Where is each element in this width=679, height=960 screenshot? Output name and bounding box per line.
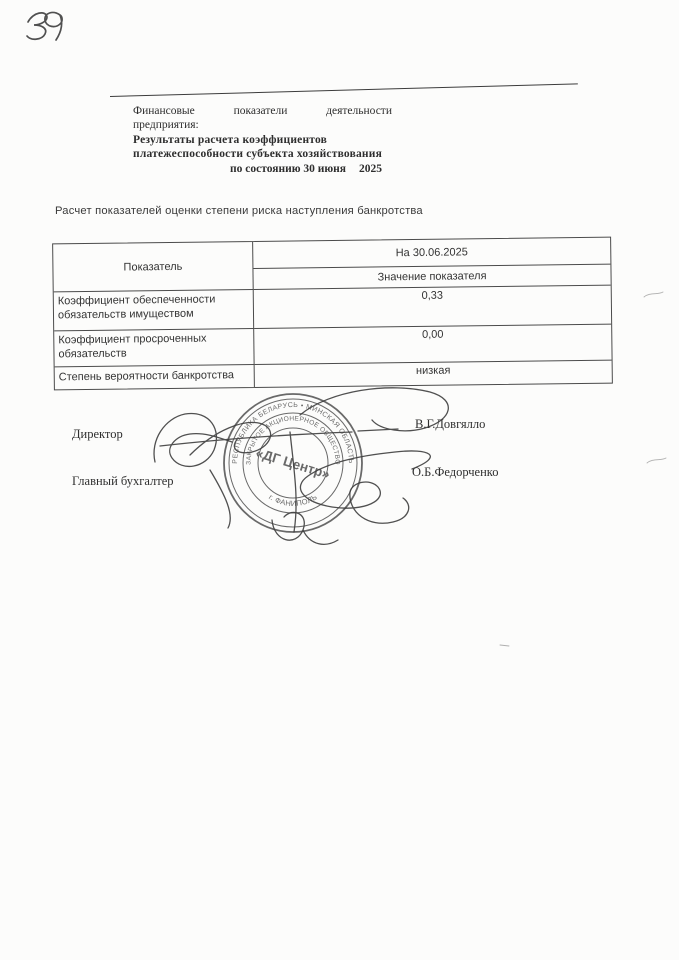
accountant-name: О.Б.Федорченко — [412, 465, 498, 480]
table-header-indicator: Показатель — [53, 242, 254, 292]
svg-text:РЕСПУБЛИКА БЕЛАРУСЬ • МИНСКАЯ: РЕСПУБЛИКА БЕЛАРУСЬ • МИНСКАЯ ОБЛАСТЬ — [232, 402, 354, 464]
header-line-4: платежеспособности субъекта хозяйствован… — [133, 147, 405, 161]
header-divider-line — [110, 83, 578, 97]
header-line-1: Финансовые показатели деятельности — [133, 104, 392, 118]
stamp-outer-ring-text: РЕСПУБЛИКА БЕЛАРУСЬ • МИНСКАЯ ОБЛАСТЬ — [232, 402, 354, 464]
header-year: 2025 — [359, 162, 382, 176]
document-header: Финансовые показатели деятельности предп… — [133, 104, 405, 176]
accountant-label: Главный бухгалтер — [72, 474, 174, 489]
header-word: показатели — [234, 104, 288, 118]
stamp-middle-circle — [243, 413, 343, 513]
bankruptcy-risk-table: Показатель На 30.06.2025 Значение показа… — [52, 237, 613, 391]
stamp-outer-circle — [224, 394, 362, 532]
table-row-value: 0,00 — [254, 325, 611, 365]
accountant-signature — [272, 432, 430, 544]
table-row-value: низкая — [255, 361, 612, 387]
handwritten-page-number — [27, 13, 62, 40]
stamp-second-circle — [229, 399, 357, 527]
header-word: деятельности — [326, 104, 392, 118]
table-row-value: 0,33 — [254, 286, 611, 329]
director-name: В.Г.Довгялло — [415, 417, 485, 432]
director-label: Директор — [72, 427, 123, 442]
table-row-label: Коэффициент обеспеченности обязательств … — [54, 290, 254, 331]
header-word: Финансовые — [133, 104, 195, 118]
stamp-center-text: «ДГ Центр» — [254, 445, 332, 482]
header-line-3: Результаты расчета коэффициентов — [133, 133, 405, 147]
svg-text:ЗАКРЫТОЕ АКЦИОНЕРНОЕ ОБЩЕСТВО: ЗАКРЫТОЕ АКЦИОНЕРНОЕ ОБЩЕСТВО — [245, 415, 340, 465]
header-line-2: предприятия: — [133, 118, 405, 132]
director-signature — [154, 388, 448, 528]
stamp-inner-circle — [258, 428, 328, 498]
table-row-label: Степень вероятности банкротства — [55, 365, 255, 389]
scanned-document-page: { "page": { "handwritten_number": "39" }… — [0, 0, 679, 960]
stamp-city-text: г. ФАНИПОЛЬ — [267, 492, 319, 508]
table-row-label: Коэффициент просроченных обязательств — [54, 329, 254, 367]
stamp-inner-ring-text: ЗАКРЫТОЕ АКЦИОНЕРНОЕ ОБЩЕСТВО — [245, 415, 340, 465]
svg-text:г. ФАНИПОЛЬ: г. ФАНИПОЛЬ — [267, 492, 319, 508]
company-stamp: РЕСПУБЛИКА БЕЛАРУСЬ • МИНСКАЯ ОБЛАСТЬ ЗА… — [218, 388, 368, 538]
section-title: Расчет показателей оценки степени риска … — [55, 205, 423, 217]
header-date-line: по состоянию 30 июня2025 — [133, 162, 405, 176]
header-date-text: по состоянию 30 июня — [230, 163, 346, 175]
